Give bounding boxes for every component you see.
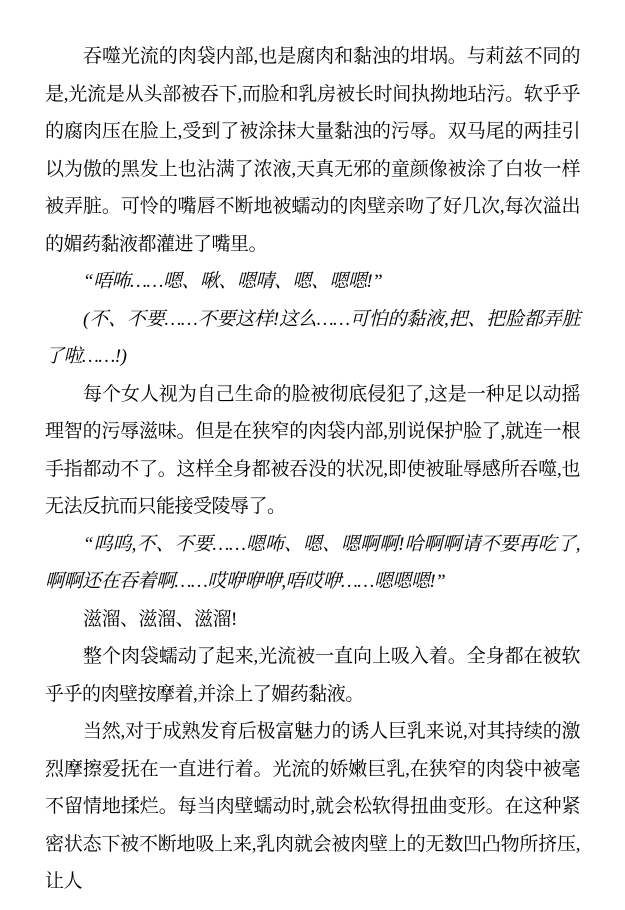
paragraph: 整个肉袋蠕动了起来,光流被一直向上吸入着。全身都在被软乎乎的肉壁按摩着,并涂上了… [45,638,580,713]
paragraph: 吞噬光流的肉袋内部,也是腐肉和黏浊的坩埚。与莉兹不同的是,光流是从头部被吞下,而… [45,38,580,263]
paragraph: 每个女人视为自己生命的脸被彻底侵犯了,这是一种足以动摇理智的污辱滋味。但是在狭窄… [45,376,580,526]
dialogue-line: (不、不要……不要这样!这么……可怕的黏液,把、把脸都弄脏了啦……!) [45,301,580,376]
dialogue-line: “唔咘……嗯、啾、嗯啨、嗯、嗯嗯!” [45,263,580,301]
paragraph: 当然,对于成熟发育后极富魅力的诱人巨乳来说,对其持续的激烈摩擦爱抚在一直进行着。… [45,713,580,901]
paragraph: 滋溜、滋溜、滋溜! [45,601,580,639]
document-page: 吞噬光流的肉袋内部,也是腐肉和黏浊的坩埚。与莉兹不同的是,光流是从头部被吞下,而… [0,0,625,910]
dialogue-line: “呜呜,不、不要……嗯咘、嗯、嗯啊啊!哈啊啊请不要再吃了,啊啊还在吞着啊……哎咿… [45,526,580,601]
